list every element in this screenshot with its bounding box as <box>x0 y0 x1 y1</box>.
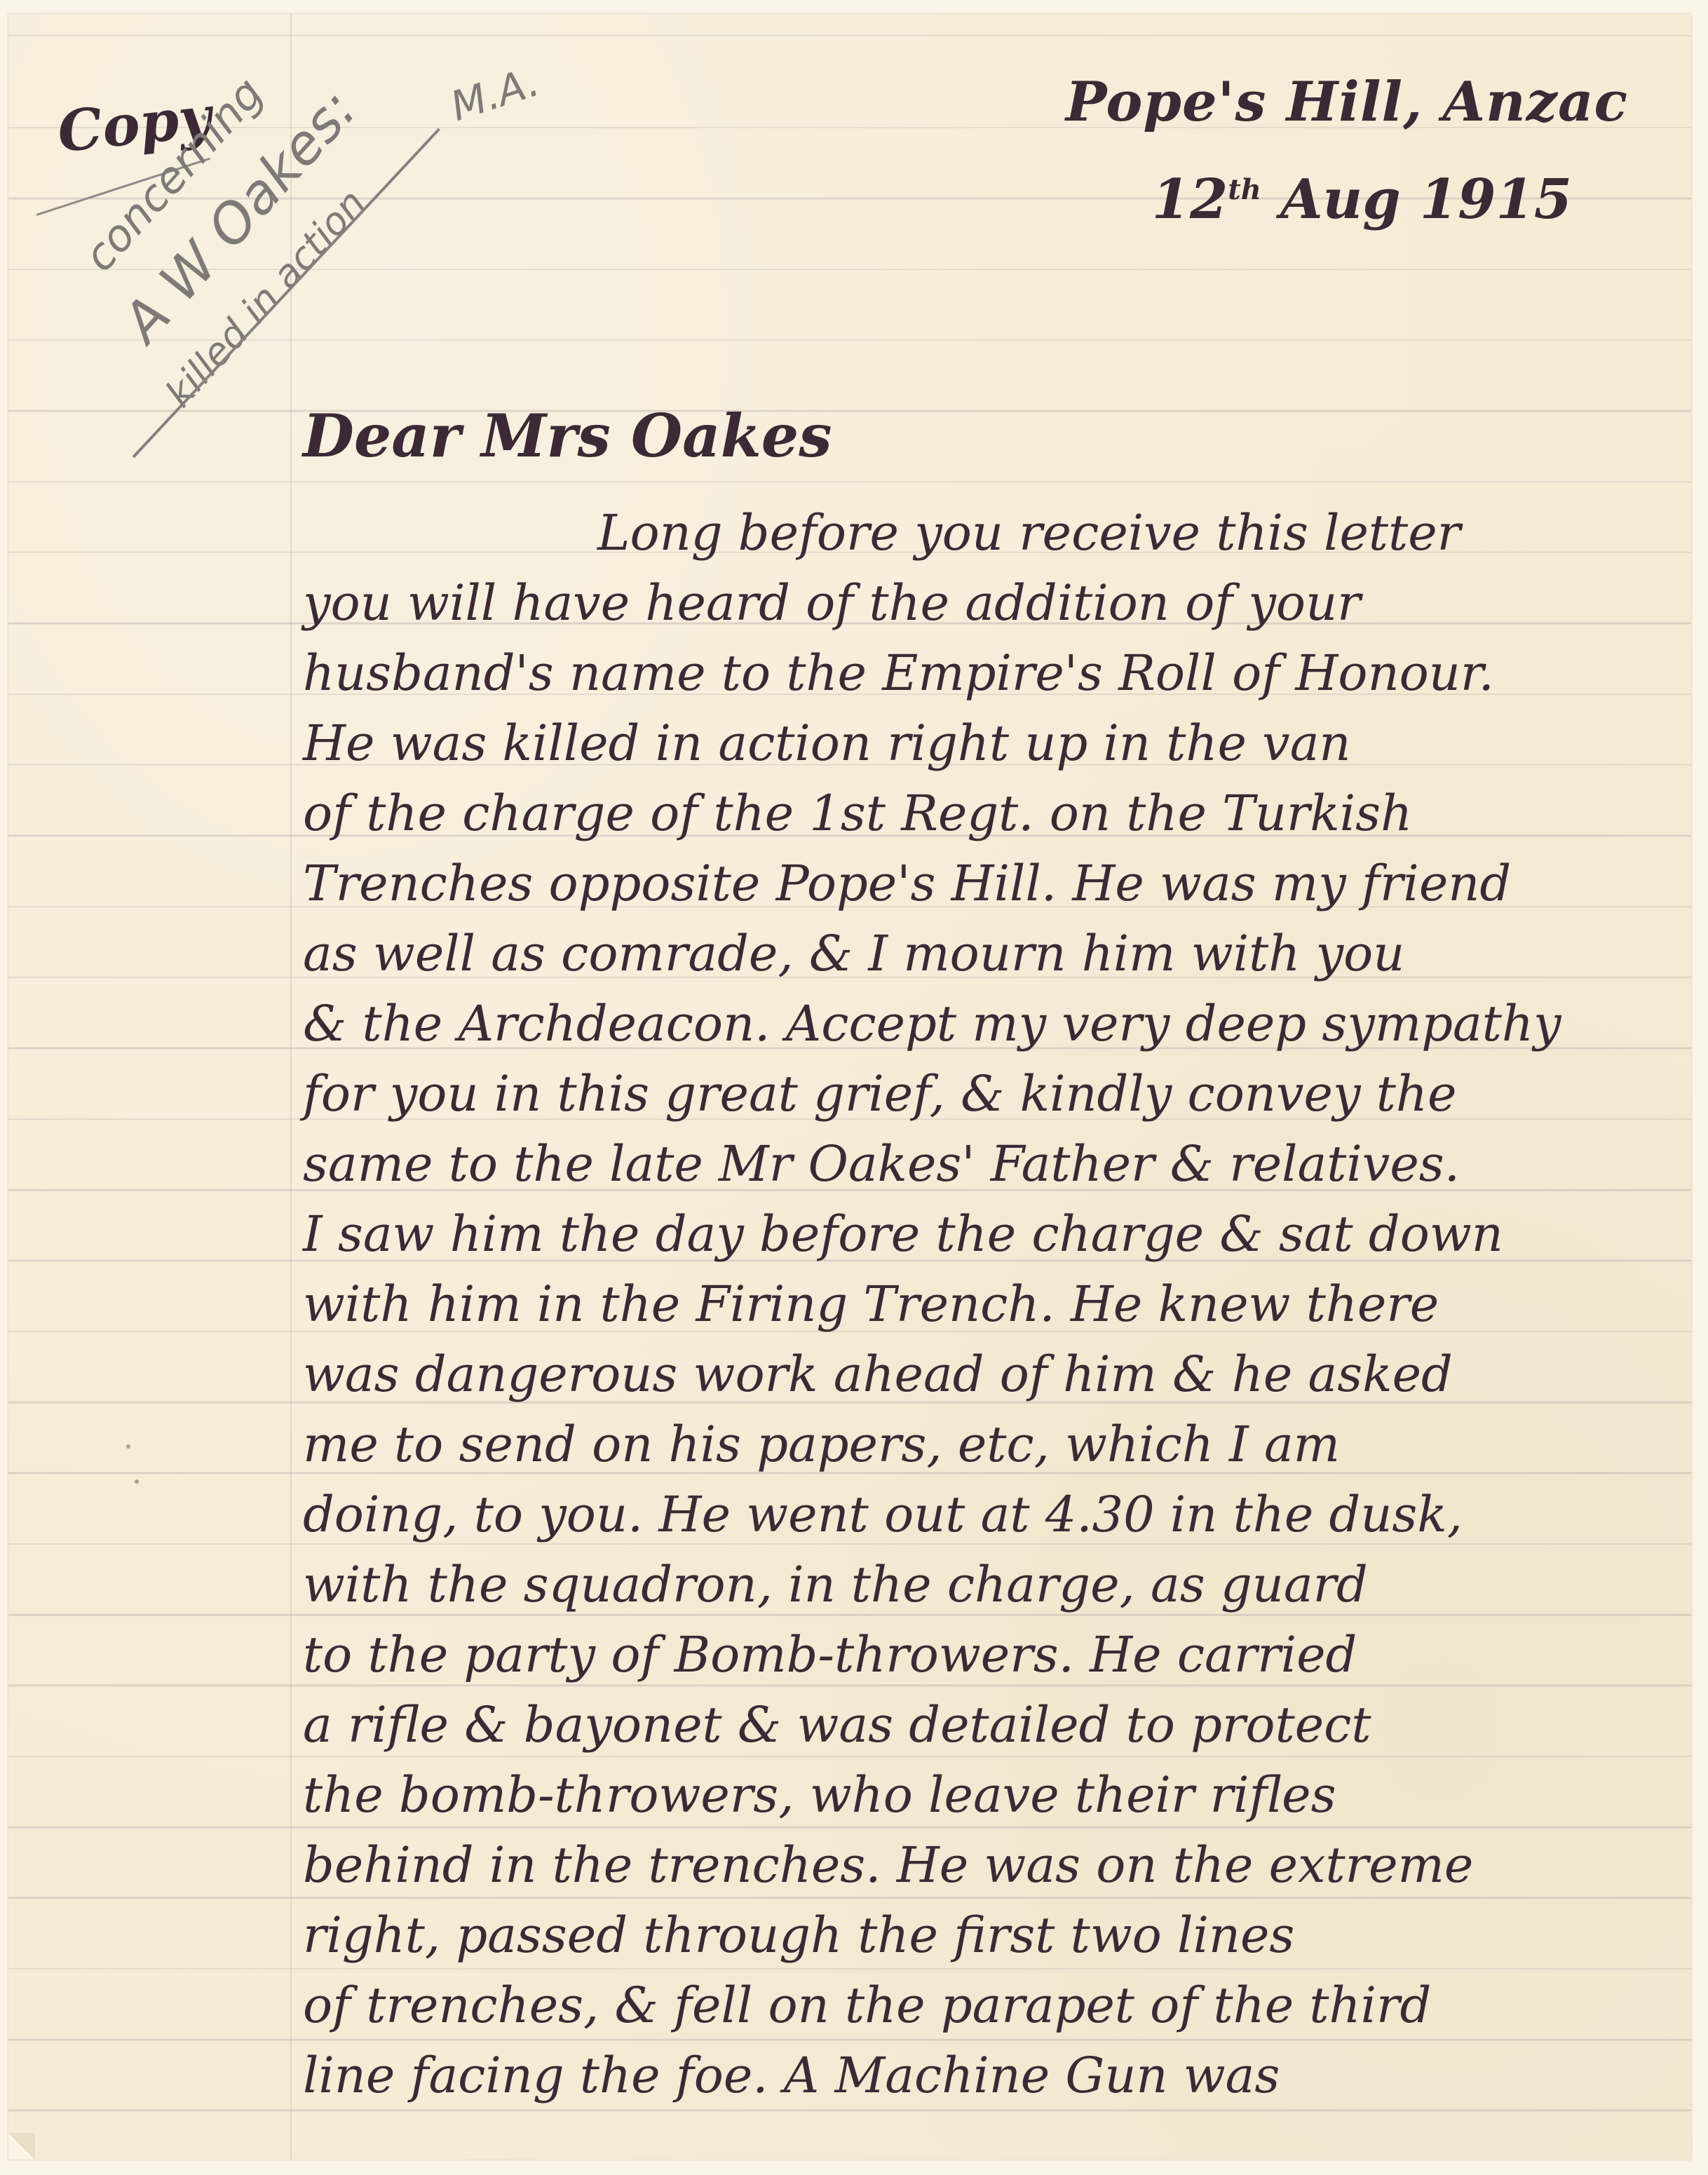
salutation: Dear Mrs Oakes <box>303 401 832 470</box>
body-line: same to the late Mr Oakes' Father & rela… <box>303 1129 1684 1199</box>
ink-speck <box>126 1444 130 1449</box>
body-line: to the party of Bomb-throwers. He carrie… <box>303 1620 1684 1690</box>
letter-body: Long before you receive this letter you … <box>303 498 1684 2110</box>
body-line: Trenches opposite Pope's Hill. He was my… <box>303 848 1684 919</box>
body-line: of the charge of the 1st Regt. on the Tu… <box>303 778 1684 848</box>
body-line: & the Archdeacon. Accept my very deep sy… <box>303 989 1684 1059</box>
place-line: Pope's Hill, Anzac <box>1066 70 1628 134</box>
body-line: a rifle & bayonet & was detailed to prot… <box>303 1690 1684 1760</box>
body-line: with him in the Firing Trench. He knew t… <box>303 1269 1684 1339</box>
body-line: husband's name to the Empire's Roll of H… <box>303 638 1684 708</box>
body-line: as well as comrade, & I mourn him with y… <box>303 919 1684 989</box>
date-line: 12th Aug 1915 <box>1066 168 1572 231</box>
letter-page: Copy M.A. concerning A W Oakes: killed i… <box>8 14 1691 2160</box>
ink-speck <box>135 1479 139 1484</box>
body-line: line facing the foe. A Machine Gun was <box>303 2040 1684 2110</box>
letter-heading: Pope's Hill, Anzac 12th Aug 1915 <box>1066 70 1628 231</box>
date-rest: Aug 1915 <box>1280 168 1572 231</box>
body-line: right, passed through the first two line… <box>303 1900 1684 1970</box>
body-line: me to send on his papers, etc, which I a… <box>303 1409 1684 1479</box>
body-line: Long before you receive this letter <box>303 498 1684 568</box>
date-suffix: th <box>1228 173 1261 206</box>
body-line: for you in this great grief, & kindly co… <box>303 1059 1684 1129</box>
date-day: 12 <box>1152 168 1228 231</box>
body-line: you will have heard of the addition of y… <box>303 568 1684 638</box>
body-line: I saw him the day before the charge & sa… <box>303 1199 1684 1269</box>
body-line: the bomb-throwers, who leave their rifle… <box>303 1760 1684 1830</box>
body-line: with the squadron, in the charge, as gua… <box>303 1550 1684 1620</box>
body-line: He was killed in action right up in the … <box>303 708 1684 778</box>
corner-fold <box>8 2133 35 2160</box>
initials: M.A. <box>445 57 545 130</box>
body-line: was dangerous work ahead of him & he ask… <box>303 1339 1684 1409</box>
body-line: of trenches, & fell on the parapet of th… <box>303 1970 1684 2040</box>
body-line: behind in the trenches. He was on the ex… <box>303 1830 1684 1900</box>
body-line: doing, to you. He went out at 4.30 in th… <box>303 1479 1684 1550</box>
